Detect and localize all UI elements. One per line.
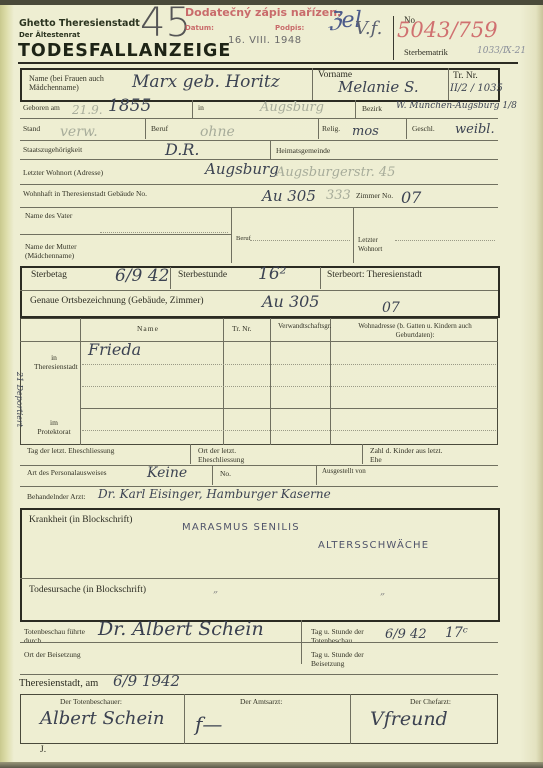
in-value[interactable]: Augsburg xyxy=(260,100,324,115)
bezirk-label: Bezirk xyxy=(362,104,382,113)
stunde-beschau-value[interactable]: 17ᶜ xyxy=(445,625,468,641)
krankheit-value-2[interactable]: ALTERSSCHWÄCHE xyxy=(318,540,429,551)
mutter-label: Name der Mutter (Mädchenname) xyxy=(25,242,115,260)
margin-annotation: 21 Deportiert xyxy=(15,372,24,427)
divider xyxy=(190,444,191,464)
divider xyxy=(350,694,351,744)
row-rule xyxy=(20,207,498,208)
divider xyxy=(355,100,356,118)
org-council: Der Ältestenrat xyxy=(19,31,80,39)
behandelnder-arzt-value[interactable]: Dr. Karl Eisinger, Hamburger Kaserne xyxy=(98,487,331,501)
geboren-label: Geboren am xyxy=(23,103,60,112)
header-rule xyxy=(18,62,518,64)
geboren-year[interactable]: 1855 xyxy=(108,96,151,116)
handwritten-number: 45 xyxy=(140,0,191,46)
col-divider xyxy=(80,318,81,445)
dotted-rule xyxy=(82,364,496,365)
divider xyxy=(353,207,354,263)
death-notice-form: 45 Ghetto Theresienstadt Der Ältestenrat… xyxy=(0,0,543,768)
sterbematrik-value: 1033/Ⅸ-21 xyxy=(477,46,526,56)
tag-eheschliessung-label: Tag der letzt. Eheschliessung xyxy=(27,446,114,455)
amtsarzt-label: Der Amtsarzt: xyxy=(240,697,282,706)
no-value: 5043/759 xyxy=(397,18,498,42)
wohnhaft-label: Wohnhaft in Theresienstadt Gebäude No. xyxy=(23,189,147,198)
geboren-day[interactable]: 21.9. xyxy=(72,103,103,117)
sterbestunde-label: Sterbestunde xyxy=(178,270,227,280)
place-date-label: Theresienstadt, am xyxy=(19,678,98,689)
divider xyxy=(318,119,319,139)
letzter-wohnort-label: Letzter Wohnort (Adresse) xyxy=(23,168,103,177)
todesursache-label: Todesursache (in Blockschrift) xyxy=(29,585,146,595)
trnr-label: Tr. Nr. xyxy=(453,71,478,81)
initials: V.f. xyxy=(355,18,382,39)
ortsbezeichnung-room[interactable]: 07 xyxy=(382,300,400,316)
scan-edge-top xyxy=(0,0,543,5)
ortsbezeichnung-label: Genaue Ortsbezeichnung (Gebäude, Zimmer) xyxy=(30,296,204,306)
form-title: TODESFALLANZEIGE xyxy=(18,41,231,61)
totenbeschau-value[interactable]: Dr. Albert Schein xyxy=(98,618,264,640)
footer-initial: J. xyxy=(40,745,46,755)
col-trnr-header: Tr. Nr. xyxy=(232,324,252,333)
behandelnder-arzt-label: Behandelnder Arzt: xyxy=(27,492,86,501)
divider xyxy=(145,119,146,139)
chefarzt-signature: Vfreund xyxy=(370,708,448,730)
divider xyxy=(270,141,271,159)
row-rule xyxy=(20,642,498,643)
ditto-mark: „ xyxy=(380,586,385,597)
col-divider xyxy=(223,318,224,445)
divider xyxy=(170,267,171,289)
stamp-podpis-label: Podpis: xyxy=(275,24,304,32)
stand-label: Stand xyxy=(23,124,40,133)
sterbematrik-label: Sterbematrik xyxy=(404,47,448,57)
zimmer-label: Zimmer No. xyxy=(356,191,393,200)
divider xyxy=(192,100,193,118)
stand-value[interactable]: verw. xyxy=(60,124,98,140)
trnr-value[interactable]: II/2 / 1035 xyxy=(450,83,503,94)
col-verwandtschaft-header: Verwandtschaftsgr. xyxy=(278,322,330,331)
wohnhaft-extra[interactable]: 333 xyxy=(326,188,351,203)
beruf-label: Beruf xyxy=(151,124,168,133)
geschl-label: Geschl. xyxy=(412,124,435,133)
row-rule xyxy=(20,184,498,185)
krankheit-value-1[interactable]: MARASMUS SENILIS xyxy=(182,522,300,533)
letzter-wohnort-value[interactable]: Augsburg xyxy=(205,160,279,178)
relative-name-value[interactable]: Frieda xyxy=(88,340,141,359)
totenbeschauer-signature: Albert Schein xyxy=(40,708,165,729)
divider xyxy=(184,694,185,744)
divider xyxy=(406,119,407,139)
beruf-value[interactable]: ohne xyxy=(200,124,235,140)
tag-beschau-value[interactable]: 6/9 42 xyxy=(385,627,427,642)
header-divider xyxy=(393,16,394,60)
sterbetag-value[interactable]: 6/9 42 xyxy=(115,266,169,286)
zimmer-value[interactable]: 07 xyxy=(401,188,421,207)
divider xyxy=(448,68,449,100)
vater-line xyxy=(100,232,228,233)
ort-beisetzung-label: Ort der Beisetzung xyxy=(24,650,94,659)
org-name: Ghetto Theresienstadt xyxy=(19,18,140,29)
heimatsgemeinde-label: Heimatsgemeinde xyxy=(276,146,330,155)
divider xyxy=(320,267,321,289)
sterbestunde-value[interactable]: 16² xyxy=(258,264,286,284)
divider xyxy=(231,207,232,263)
divider xyxy=(212,465,213,485)
dotted-rule xyxy=(82,430,496,431)
row-rule xyxy=(20,234,231,235)
vater-label: Name des Vater xyxy=(25,211,95,220)
row-rule xyxy=(20,290,498,291)
beruf-line xyxy=(250,240,350,241)
name-value[interactable]: Marx geb. Horitz xyxy=(132,72,280,92)
place-date-value[interactable]: 6/9 1942 xyxy=(113,672,180,690)
ausweis-no-label: No. xyxy=(220,469,231,478)
wohnhaft-value[interactable]: Au 305 xyxy=(262,187,316,205)
row-rule xyxy=(80,408,498,409)
wohnort-line xyxy=(395,240,495,241)
stamp-datum-label: Datum: xyxy=(185,24,214,32)
name-label: Name (bei Frauen auch Mädchenname) xyxy=(29,74,119,92)
col-divider xyxy=(330,318,331,445)
staatsangehoerigkeit-value[interactable]: D.R. xyxy=(165,140,199,159)
scan-edge-bottom xyxy=(0,762,543,768)
ort-eheschliessung-label: Ort der letzt. Eheschliessung xyxy=(198,446,268,464)
ortsbezeichnung-building[interactable]: Au 305 xyxy=(262,292,319,311)
divider xyxy=(362,444,363,464)
letzter-wohnort-label-2: Letzter Wohnort xyxy=(358,236,398,254)
col-wohnadresse-header: Wohnadresse (b. Gatten u. Kindern auch G… xyxy=(340,322,490,340)
bezirk-value[interactable]: W. München-Augsburg 1/8 xyxy=(396,101,517,111)
ausgestellt-label: Ausgestellt von xyxy=(322,467,372,476)
relig-value[interactable]: mos xyxy=(352,124,379,139)
amtsarzt-signature: f— xyxy=(195,712,222,736)
tag-beisetzung-label: Tag u. Stunde der Beisetzung xyxy=(311,650,391,668)
row-rule xyxy=(20,140,498,141)
divider xyxy=(316,465,317,485)
geschl-value[interactable]: weibl. xyxy=(455,122,495,137)
row-rule xyxy=(20,674,498,675)
supplementary-entry-stamp: Dodatečný zápis nařízen. xyxy=(185,6,341,19)
ausweis-label: Art des Personalausweises xyxy=(27,468,107,477)
kinder-label: Zahl d. Kinder aus letzt. Ehe xyxy=(370,446,450,464)
row-rule xyxy=(20,118,498,119)
row-rule xyxy=(20,578,498,579)
row-theresienstadt-label: in Theresienstadt xyxy=(34,353,74,371)
letzter-wohnort-address[interactable]: Augsburgerstr. 45 xyxy=(276,165,395,180)
row-rule xyxy=(20,465,498,466)
ausweis-value[interactable]: Keine xyxy=(147,465,187,481)
relig-label: Relig. xyxy=(322,124,340,133)
vorname-value[interactable]: Melanie S. xyxy=(338,78,419,96)
totenbeschauer-label: Der Totenbeschauer: xyxy=(60,697,122,706)
krankheit-label: Krankheit (in Blockschrift) xyxy=(29,515,132,525)
stamp-date: 16. VIII. 1948 xyxy=(228,35,302,46)
divider xyxy=(312,68,313,100)
col-divider xyxy=(270,318,271,445)
sterbetag-label: Sterbetag xyxy=(31,270,67,280)
chefarzt-label: Der Chefarzt: xyxy=(410,697,451,706)
dotted-rule xyxy=(82,386,496,387)
beruf2-label: Beruf xyxy=(236,234,256,243)
col-name-header: Name xyxy=(137,324,159,333)
sterbeort-label: Sterbeort: Theresienstadt xyxy=(327,270,422,280)
ditto-mark: „ xyxy=(213,584,218,595)
staatsangehoerigkeit-label: Staatszugehörigkeit xyxy=(23,145,82,154)
in-label: in xyxy=(198,103,204,112)
row-protektorat-label: im Protektorat xyxy=(34,418,74,436)
